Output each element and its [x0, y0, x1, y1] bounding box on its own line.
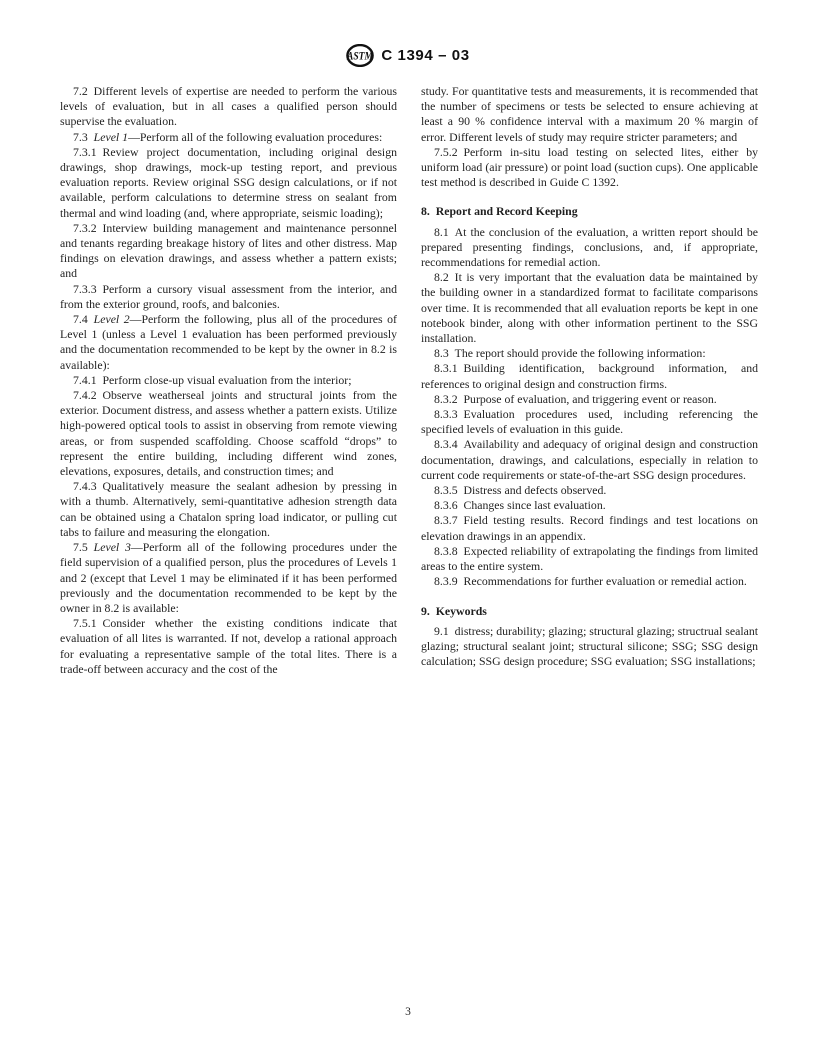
page-number: 3	[405, 1006, 411, 1018]
paragraph-text: 7.5.1 Consider whether the existing cond…	[60, 616, 397, 676]
paragraph: 8.3.5 Distress and defects observed.	[421, 483, 758, 498]
paragraph: 7.3.1 Review project documentation, incl…	[60, 145, 397, 221]
paragraph: 8.3.6 Changes since last evaluation.	[421, 498, 758, 513]
paragraph: 7.5 Level 3—Perform all of the following…	[60, 540, 397, 616]
paragraph: 8.3.3 Evaluation procedures used, includ…	[421, 407, 758, 437]
right-column: study. For quantitative tests and measur…	[421, 84, 758, 677]
paragraph: 7.5.1 Consider whether the existing cond…	[60, 616, 397, 677]
paragraph: 7.4.2 Observe weatherseal joints and str…	[60, 388, 397, 479]
paragraph: 7.3.2 Interview building management and …	[60, 221, 397, 282]
paragraph: 7.4.1 Perform close-up visual evaluation…	[60, 373, 397, 388]
italic-text: Level 2	[94, 312, 130, 326]
paragraph-text: 7.4.1 Perform close-up visual evaluation…	[73, 373, 351, 387]
document-body: 7.2 Different levels of expertise are ne…	[60, 84, 758, 677]
paragraph-text: 8.3.3 Evaluation procedures used, includ…	[421, 407, 758, 436]
paragraph-text: 8.2 It is very important that the evalua…	[421, 270, 758, 345]
paragraph-text: study. For quantitative tests and measur…	[421, 84, 758, 144]
paragraph-text: 8.3.7 Field testing results. Record find…	[421, 513, 758, 542]
paragraph: 8.3.7 Field testing results. Record find…	[421, 513, 758, 543]
paragraph-text: 8.1 At the conclusion of the evaluation,…	[421, 225, 758, 269]
paragraph-text: 7.2 Different levels of expertise are ne…	[60, 84, 397, 128]
paragraph: 8.3.9 Recommendations for further evalua…	[421, 574, 758, 589]
paragraph-text: 8.3.2 Purpose of evaluation, and trigger…	[434, 392, 717, 406]
paragraph-text: 7.3	[73, 130, 94, 144]
section-heading: 8. Report and Record Keeping	[421, 204, 758, 219]
paragraph: 7.5.2 Perform in-situ load testing on se…	[421, 145, 758, 191]
paragraph-text: —Perform all of the following evaluation…	[128, 130, 382, 144]
paragraph: 8.3.8 Expected reliability of extrapolat…	[421, 544, 758, 574]
paragraph-text: 7.4.3 Qualitatively measure the sealant …	[60, 479, 397, 539]
paragraph: 7.3 Level 1—Perform all of the following…	[60, 130, 397, 145]
paragraph-text: 8.3.6 Changes since last evaluation.	[434, 498, 606, 512]
paragraph: 9.1 distress; durability; glazing; struc…	[421, 624, 758, 670]
paragraph: 8.3 The report should provide the follow…	[421, 346, 758, 361]
paragraph-text: 9.1 distress; durability; glazing; struc…	[421, 624, 758, 668]
paragraph-text: 8.3 The report should provide the follow…	[434, 346, 706, 360]
paragraph: 7.3.3 Perform a cursory visual assessmen…	[60, 282, 397, 312]
italic-text: Level 1	[94, 130, 128, 144]
paragraph-text: 8.3.9 Recommendations for further evalua…	[434, 574, 747, 588]
italic-text: Level 3	[94, 540, 131, 554]
left-column: 7.2 Different levels of expertise are ne…	[60, 84, 397, 677]
astm-logo-letters: ASTM	[346, 50, 373, 62]
paragraph-text: 8.3.1 Building identification, backgroun…	[421, 361, 758, 390]
paragraph-text: 7.3.3 Perform a cursory visual assessmen…	[60, 282, 397, 311]
paragraph: study. For quantitative tests and measur…	[421, 84, 758, 145]
paragraph: 8.3.4 Availability and adequacy of origi…	[421, 437, 758, 483]
paragraph-text: 7.5	[73, 540, 94, 554]
paragraph-text: 8.3.8 Expected reliability of extrapolat…	[421, 544, 758, 573]
paragraph-text: 7.4.2 Observe weatherseal joints and str…	[60, 388, 397, 478]
page-footer: 3	[0, 1006, 816, 1018]
paragraph: 8.3.2 Purpose of evaluation, and trigger…	[421, 392, 758, 407]
paragraph-text: 7.4	[73, 312, 94, 326]
section-heading: 9. Keywords	[421, 604, 758, 619]
paragraph: 7.4.3 Qualitatively measure the sealant …	[60, 479, 397, 540]
paragraph-text: 7.5.2 Perform in-situ load testing on se…	[421, 145, 758, 189]
document-code: C 1394 – 03	[381, 47, 469, 64]
page-header: ASTM C 1394 – 03	[0, 44, 816, 67]
paragraph-text: 7.3.2 Interview building management and …	[60, 221, 397, 281]
paragraph: 8.2 It is very important that the evalua…	[421, 270, 758, 346]
paragraph-text: 8.3.4 Availability and adequacy of origi…	[421, 437, 758, 481]
paragraph: 8.3.1 Building identification, backgroun…	[421, 361, 758, 391]
astm-logo-icon: ASTM	[346, 44, 374, 67]
paragraph-text: 8.3.5 Distress and defects observed.	[434, 483, 606, 497]
paragraph: 7.4 Level 2—Perform the following, plus …	[60, 312, 397, 373]
paragraph: 8.1 At the conclusion of the evaluation,…	[421, 225, 758, 271]
paragraph-text: 7.3.1 Review project documentation, incl…	[60, 145, 397, 220]
paragraph: 7.2 Different levels of expertise are ne…	[60, 84, 397, 130]
document-page: ASTM C 1394 – 03 7.2 Different levels of…	[0, 0, 816, 1056]
